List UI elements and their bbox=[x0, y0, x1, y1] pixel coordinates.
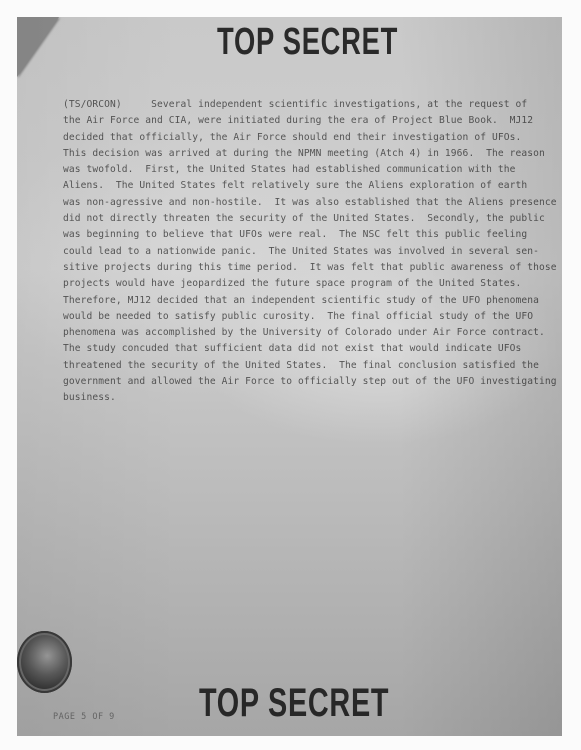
body-text-line: was non-agressive and non-hostile. It wa… bbox=[63, 195, 553, 211]
classification-stamp-header: TOP SECRET bbox=[217, 21, 398, 64]
page-number: PAGE 5 OF 9 bbox=[53, 712, 115, 722]
body-text-line: decided that officially, the Air Force s… bbox=[63, 130, 553, 146]
body-text-line: Therefore, MJ12 decided that an independ… bbox=[63, 293, 553, 309]
body-text-line: the Air Force and CIA, were initiated du… bbox=[63, 113, 553, 129]
body-text-line: threatened the security of the United St… bbox=[63, 358, 553, 374]
body-text-line: would be needed to satisfy public curosi… bbox=[63, 309, 553, 325]
body-text-line: projects would have jeopardized the futu… bbox=[63, 276, 553, 292]
body-text-line: government and allowed the Air Force to … bbox=[63, 374, 553, 390]
body-text-line: was beginning to believe that UFOs were … bbox=[63, 227, 553, 243]
body-text-line: was twofold. First, the United States ha… bbox=[63, 162, 553, 178]
body-text-line: (TS/ORCON) Several independent scientifi… bbox=[63, 97, 553, 113]
body-text-line: business. bbox=[63, 390, 553, 406]
body-text-line: phenomena was accomplished by the Univer… bbox=[63, 325, 553, 341]
quarter-coin-icon bbox=[17, 631, 72, 693]
body-text-line: did not directly threaten the security o… bbox=[63, 211, 553, 227]
body-text-line: could lead to a nationwide panic. The Un… bbox=[63, 244, 553, 260]
classification-stamp-footer: TOP SECRET bbox=[199, 681, 389, 726]
body-text-line: Aliens. The United States felt relativel… bbox=[63, 178, 553, 194]
folded-corner bbox=[17, 17, 59, 77]
document-page: TOP SECRET (TS/ORCON) Several independen… bbox=[17, 17, 562, 736]
document-body: (TS/ORCON) Several independent scientifi… bbox=[63, 97, 553, 407]
body-text-line: The study concuded that sufficient data … bbox=[63, 341, 553, 357]
body-text-line: This decision was arrived at during the … bbox=[63, 146, 553, 162]
body-text-line: sitive projects during this time period.… bbox=[63, 260, 553, 276]
